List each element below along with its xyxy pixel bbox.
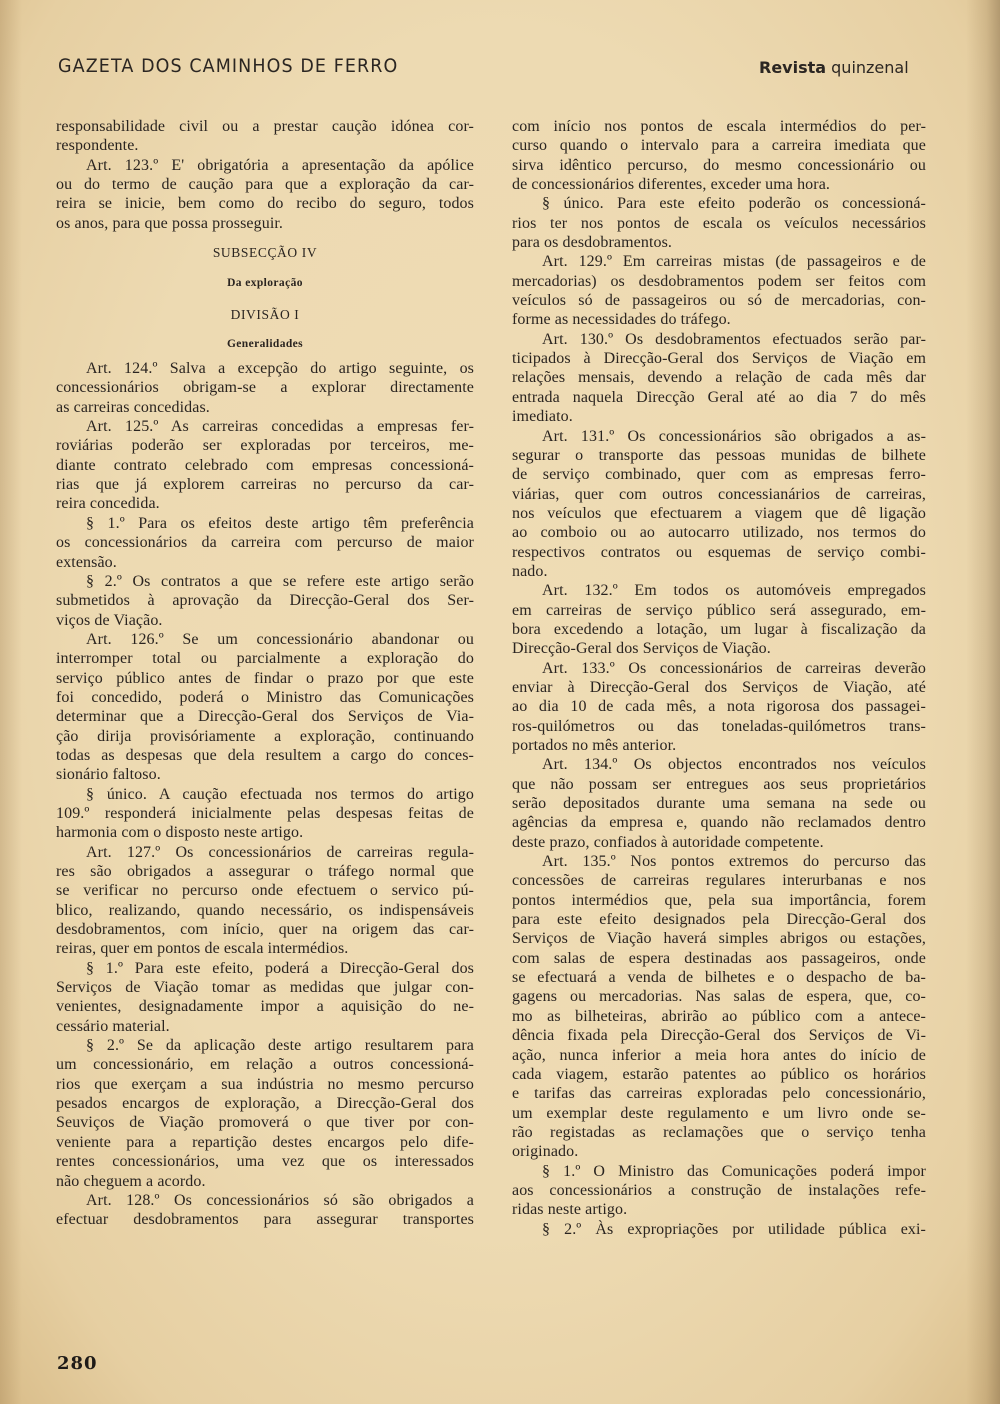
text-line: viços de Viação. [56, 611, 474, 630]
text-line: mercadorias) os desdobramentos podem ser… [512, 272, 926, 291]
text-line: forme as necessidades do tráfego. [512, 310, 926, 329]
text-line: Art. 135.º Nos pontos extremos do percur… [512, 852, 926, 871]
text-line: blico, realizando, quando necessário, os… [56, 901, 474, 920]
text-line: dência fixada pela Direcção-Geral dos Se… [512, 1026, 926, 1045]
text-line: Art. 129.º Em carreiras mistas (de passa… [512, 252, 926, 271]
text-line: cessário material. [56, 1017, 474, 1036]
text-line: para os desdobramentos. [512, 233, 926, 252]
section-heading: DIVISÃO I [56, 299, 474, 329]
text-line: 109.º responderá inicialmente pelas desp… [56, 804, 474, 823]
text-line: em carreiras de serviço público será ass… [512, 601, 926, 620]
text-line: rias que já explorem carreiras no percur… [56, 475, 474, 494]
text-line: serão depositados durante uma semana na … [512, 794, 926, 813]
text-line: e tarifas das carreiras exploradas pelo … [512, 1084, 926, 1103]
text-line: rios ter nos pontos de escala os veículo… [512, 214, 926, 233]
text-line: reiras, quer em pontos de escala intermé… [56, 939, 474, 958]
text-line: ao comboio ou ao autocarro utilizado, no… [512, 523, 926, 542]
text-line: rentes concessionários, uma vez que os i… [56, 1152, 474, 1171]
text-line: Art. 123.º E' obrigatória a apresentação… [56, 156, 474, 175]
text-line: Art. 128.º Os concessionários só são obr… [56, 1191, 474, 1210]
text-line: nos veículos que efectuarem a viagem que… [512, 504, 926, 523]
text-line: ticipados à Direcção-Geral dos Serviços … [512, 349, 926, 368]
text-line: Art. 126.º Se um concessionário abandona… [56, 630, 474, 649]
text-line: respondente. [56, 136, 474, 155]
text-line: res são obrigados a assegurar o tráfego … [56, 862, 474, 881]
text-line: Art. 130.º Os desdobramentos efectuados … [512, 330, 926, 349]
section-heading: Generalidades [56, 329, 474, 359]
text-line: § 1.º Para os efeitos deste artigo têm p… [56, 514, 474, 533]
text-line: ao dia 10 de cada mês, a nota rigorosa d… [512, 697, 926, 716]
text-line: ridas neste artigo. [512, 1200, 926, 1219]
text-line: § único. A caução efectuada nos termos d… [56, 785, 474, 804]
text-line: reira concedida. [56, 494, 474, 513]
text-line: Art. 133.º Os concessionários de carreir… [512, 659, 926, 678]
text-line: um exemplar deste regulamento e um livro… [512, 1104, 926, 1123]
text-line: os concessionários da carreira com percu… [56, 533, 474, 552]
text-line: os anos, para que possa prosseguir. [56, 214, 474, 233]
text-line: Serviços de Viação tomar as medidas que … [56, 978, 474, 997]
text-line: ação, nunca inferior a meia hora antes d… [512, 1046, 926, 1065]
text-line: sirva idêntico percurso, do mesmo conces… [512, 156, 926, 175]
text-line: mo as bilheteiras, abrirão ao público co… [512, 1007, 926, 1026]
text-line: imediato. [512, 407, 926, 426]
text-line: efectuar desdobramentos para assegurar t… [56, 1210, 474, 1229]
text-line: Seuviços de Viação promoverá o que tiver… [56, 1113, 474, 1132]
text-line: veniente para a repartição destes encarg… [56, 1133, 474, 1152]
text-line: respectivos contratos ou esquemas de ser… [512, 543, 926, 562]
text-line: gagens ou mercadorias. Nas salas de espe… [512, 987, 926, 1006]
section-heading: Da exploração [56, 265, 474, 299]
text-line: extensão. [56, 553, 474, 572]
text-line: originado. [512, 1142, 926, 1161]
text-line: ou do termo de caução para que a explora… [56, 175, 474, 194]
running-header-subtitle-rest: quinzenal [826, 58, 909, 77]
text-line: Art. 125.º As carreiras concedidas a emp… [56, 417, 474, 436]
text-line: pesados encargos de exploração, a Direcç… [56, 1094, 474, 1113]
text-line: Art. 134.º Os objectos encontrados nos v… [512, 755, 926, 774]
running-header-subtitle-bold: Revista [759, 58, 826, 77]
text-line: viárias, quer com outros concessianários… [512, 485, 926, 504]
text-line: com salas de espera destinadas aos passa… [512, 949, 926, 968]
text-line: Art. 132.º Em todos os automóveis empreg… [512, 581, 926, 600]
text-line: harmonia com o disposto neste artigo. [56, 823, 474, 842]
text-line: Art. 131.º Os concessionários são obriga… [512, 427, 926, 446]
text-line: concessionários obrigam-se a explorar di… [56, 378, 474, 397]
text-line: § 2.º Às expropriações por utilidade púb… [512, 1220, 926, 1239]
text-line: se verificar no percurso onde efectuem o… [56, 881, 474, 900]
text-line: não cheguem a acordo. [56, 1172, 474, 1191]
text-line: veículos só de passageiros ou só de merc… [512, 291, 926, 310]
text-line: venientes, designadamente impor a aquisi… [56, 997, 474, 1016]
text-line: segurar o transporte das pessoas munidas… [512, 446, 926, 465]
text-line: aos concessionários a construção de inst… [512, 1181, 926, 1200]
text-line: com início nos pontos de escala interméd… [512, 117, 926, 136]
running-header-title: GAZETA DOS CAMINHOS DE FERRO [58, 55, 398, 77]
text-line: submetidos à aprovação da Direcção-Geral… [56, 591, 474, 610]
text-line: § 1.º O Ministro das Comunicações poderá… [512, 1162, 926, 1181]
text-line: § único. Para este efeito poderão os con… [512, 194, 926, 213]
text-line: diante contrato celebrado com empresas c… [56, 456, 474, 475]
text-line: para este efeito designados pela Direcçã… [512, 910, 926, 929]
text-line: concessões de carreiras regulares interu… [512, 871, 926, 890]
text-line: § 1.º Para este efeito, poderá a Direcçã… [56, 959, 474, 978]
page-edge-shadow-right [966, 0, 1000, 1404]
text-line: determinar que a Direcção-Geral dos Serv… [56, 707, 474, 726]
text-line: ção dirija provisóriamente a exploração,… [56, 727, 474, 746]
page-edge-shadow-left [0, 0, 22, 1404]
text-line: § 2.º Os contratos a que se refere este … [56, 572, 474, 591]
text-line: entrada naquela Direcção Geral até ao di… [512, 388, 926, 407]
text-line: Serviços de Viação haverá simples abrigo… [512, 929, 926, 948]
text-line: de serviço combinado, quer com as empres… [512, 465, 926, 484]
running-header-subtitle: Revista quinzenal [759, 58, 909, 77]
text-line: responsabilidade civil ou a prestar cauç… [56, 117, 474, 136]
page-number: 280 [57, 1353, 98, 1374]
text-line: curso quando o intervalo para a carreira… [512, 136, 926, 155]
text-line: todas as despesas que dela resultem a ca… [56, 746, 474, 765]
text-line: interromper total ou parcialmente a expl… [56, 649, 474, 668]
text-line: roviárias poderão ser exploradas por ter… [56, 436, 474, 455]
text-line: de concessionários diferentes, exceder u… [512, 175, 926, 194]
section-heading: SUBSECÇÃO IV [56, 233, 474, 265]
text-line: portados no mês anterior. [512, 736, 926, 755]
text-line: se efectuará a venda de bilhetes e o des… [512, 968, 926, 987]
text-line: Art. 124.º Salva a excepção do artigo se… [56, 359, 474, 378]
text-line: pontos intermédios que, pela sua importâ… [512, 891, 926, 910]
text-line: rios que exerçam a sua indústria no mesm… [56, 1075, 474, 1094]
text-line: rão registadas as reclamações que o serv… [512, 1123, 926, 1142]
text-line: as carreiras concedidas. [56, 398, 474, 417]
text-line: serviço público antes de findar o prazo … [56, 669, 474, 688]
text-line: deste prazo, confiados à autoridade comp… [512, 833, 926, 852]
text-line: nado. [512, 562, 926, 581]
text-line: desdobramentos, com início, quer na orig… [56, 920, 474, 939]
text-line: enviar à Direcção-Geral dos Serviços de … [512, 678, 926, 697]
text-column-left: responsabilidade civil ou a prestar cauç… [56, 117, 474, 1230]
text-line: bora excedendo a lotação, um lugar à fis… [512, 620, 926, 639]
text-line: que não possam ser entregues aos seus pr… [512, 775, 926, 794]
text-line: agências da empresa e, quando não reclam… [512, 813, 926, 832]
text-line: Direcção-Geral dos Serviços de Viação. [512, 639, 926, 658]
text-line: foi concedido, poderá o Ministro das Com… [56, 688, 474, 707]
text-line: reira se inicie, bem como do recibo do s… [56, 194, 474, 213]
text-line: § 2.º Se da aplicação deste artigo resul… [56, 1036, 474, 1055]
text-line: ros-quilómetros ou das toneladas-quilóme… [512, 717, 926, 736]
text-line: um concessionário, em relação a outros c… [56, 1055, 474, 1074]
text-line: sionário faltoso. [56, 765, 474, 784]
text-line: cada viagem, estarão patentes ao público… [512, 1065, 926, 1084]
text-column-right: com início nos pontos de escala interméd… [512, 117, 926, 1239]
text-line: relações mensais, devendo a relação de c… [512, 368, 926, 387]
text-line: Art. 127.º Os concessionários de carreir… [56, 843, 474, 862]
